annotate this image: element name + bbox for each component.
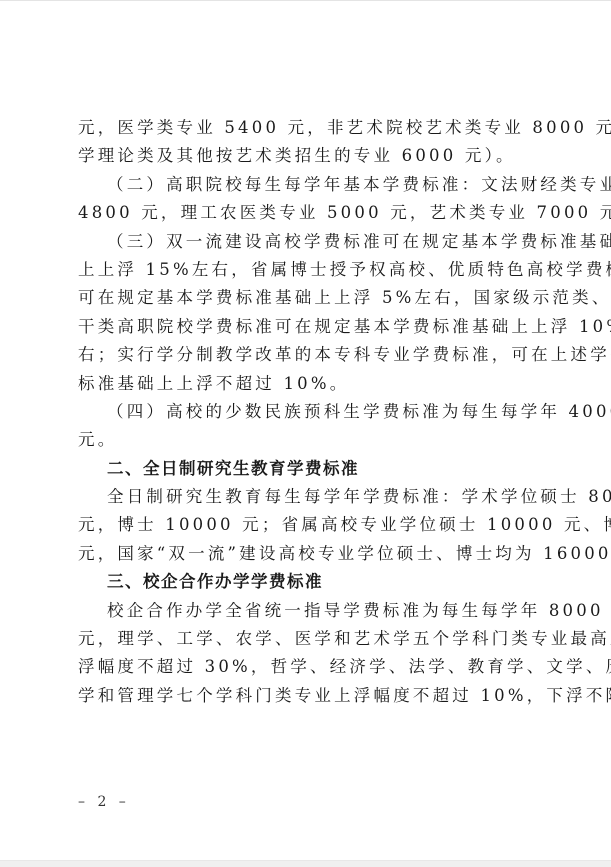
paragraph-line: 元，医学类专业 5400 元，非艺术院校艺术类专业 8000 元（艺术 xyxy=(78,114,534,142)
section-heading-school-enterprise: 三、校企合作办学学费标准 xyxy=(78,568,534,596)
page-number: – 2 – xyxy=(78,794,130,810)
paragraph-line: 全日制研究生教育每生每学年学费标准：学术学位硕士 8000 xyxy=(78,483,534,511)
paragraph-line: 右；实行学分制教学改革的本专科专业学费标准，可在上述学费 xyxy=(78,341,534,369)
paragraph-line: 标准基础上上浮不超过 10%。 xyxy=(78,370,534,398)
paragraph-line: 学和管理学七个学科门类专业上浮幅度不超过 10%，下浮不限， xyxy=(78,682,534,710)
paragraph-line: 干类高职院校学费标准可在规定基本学费标准基础上上浮 10%左 xyxy=(78,313,534,341)
paragraph-line: （二）高职院校每生每学年基本学费标准：文法财经类专业 xyxy=(78,171,534,199)
paragraph-line: （三）双一流建设高校学费标准可在规定基本学费标准基础 xyxy=(78,228,534,256)
paragraph-line: 元。 xyxy=(78,426,534,454)
paragraph-line: 4800 元，理工农医类专业 5000 元，艺术类专业 7000 元。 xyxy=(78,199,534,227)
section-heading-graduate: 二、全日制研究生教育学费标准 xyxy=(78,455,534,483)
paragraph-line: 元，理学、工学、农学、医学和艺术学五个学科门类专业最高上 xyxy=(78,625,534,653)
paragraph-line: （四）高校的少数民族预科生学费标准为每生每学年 4000 xyxy=(78,398,534,426)
top-border xyxy=(0,0,611,1)
paragraph-line: 浮幅度不超过 30%，哲学、经济学、法学、教育学、文学、历史 xyxy=(78,653,534,681)
paragraph-line: 元，国家“双一流”建设高校专业学位硕士、博士均为 16000 元。 xyxy=(78,540,534,568)
paragraph-line: 学理论类及其他按艺术类招生的专业 6000 元）。 xyxy=(78,142,534,170)
bottom-border xyxy=(0,860,611,867)
paragraph-line: 可在规定基本学费标准基础上上浮 5%左右，国家级示范类、骨 xyxy=(78,284,534,312)
document-page: 元，医学类专业 5400 元，非艺术院校艺术类专业 8000 元（艺术 学理论类… xyxy=(78,114,534,710)
paragraph-line: 上上浮 15%左右，省属博士授予权高校、优质特色高校学费标准 xyxy=(78,256,534,284)
paragraph-line: 校企合作办学全省统一指导学费标准为每生每学年 8000 xyxy=(78,597,534,625)
paragraph-line: 元，博士 10000 元；省属高校专业学位硕士 10000 元、博士 13000 xyxy=(78,511,534,539)
